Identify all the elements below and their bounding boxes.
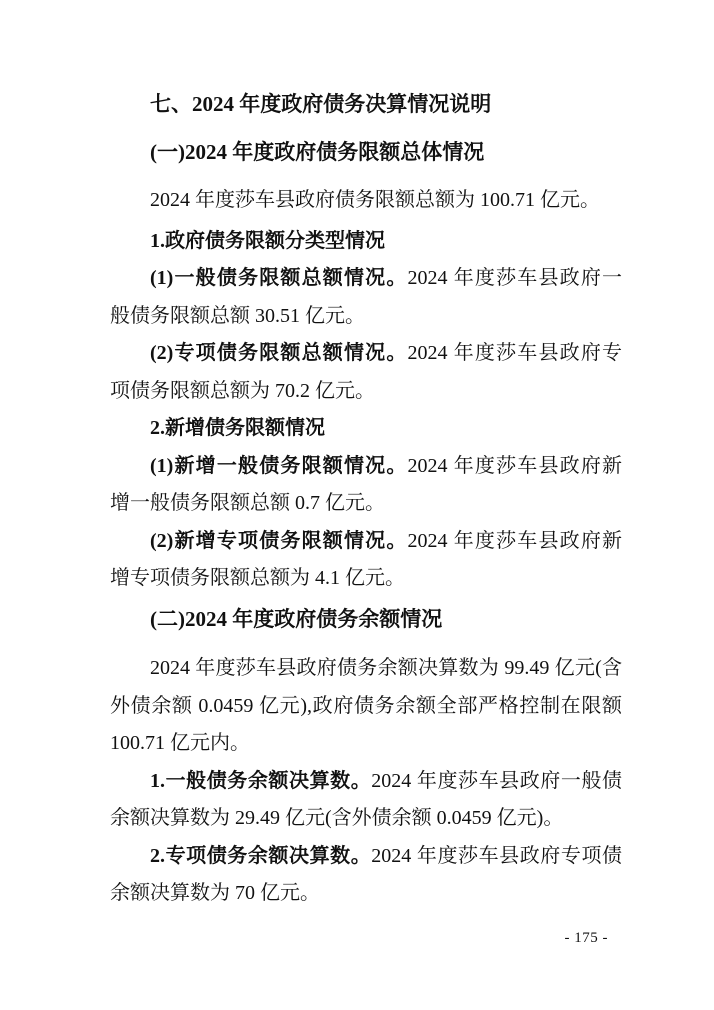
- text-segment: 2024 年度莎车县政府新: [408, 455, 622, 477]
- para-general-balance-line-1: 1.一般债务余额决算数。2024 年度莎车县政府一般债务: [110, 763, 622, 801]
- para-general-balance-line-2: 余额决算数为 29.49 亿元(含外债余额 0.0459 亿元)。: [110, 800, 622, 838]
- para-total-limit-line: 2024 年度莎车县政府债务限额总额为 100.71 亿元。: [110, 182, 622, 220]
- para-special-balance-line-1: 2.专项债务余额决算数。2024 年度莎车县政府专项债务: [110, 838, 622, 876]
- text-segment: 般债务限额总额 30.51 亿元。: [110, 305, 365, 327]
- para-balance-line-1: 2024 年度莎车县政府债务余额决算数为 99.49 亿元(含: [110, 650, 622, 688]
- para-general-limit-line-2: 般债务限额总额 30.51 亿元。: [110, 298, 622, 336]
- text-segment: 增专项债务限额总额为 4.1 亿元。: [110, 567, 405, 589]
- bold-text-segment: (2)专项债务限额总额情况。: [150, 342, 408, 364]
- text-segment: 余额决算数为 70 亿元。: [110, 882, 320, 904]
- bold-text-segment: 七、2024 年度政府债务决算情况说明: [150, 92, 491, 116]
- para-balance-line-3: 100.71 亿元内。: [110, 725, 622, 763]
- bold-text-segment: 2.专项债务余额决算数。: [150, 845, 371, 867]
- bold-text-segment: (1)新增一般债务限额情况。: [150, 455, 408, 477]
- para-new-special-limit-line-1: (2)新增专项债务限额情况。2024 年度莎车县政府新: [110, 523, 622, 561]
- para-new-special-limit-line-2: 增专项债务限额总额为 4.1 亿元。: [110, 560, 622, 598]
- bold-text-segment: (二)2024 年度政府债务余额情况: [150, 607, 442, 631]
- heading-sub-1: (一)2024 年度政府债务限额总体情况: [110, 134, 622, 172]
- heading-section-7: 七、2024 年度政府债务决算情况说明: [110, 86, 622, 124]
- text-segment: 增一般债务限额总额 0.7 亿元。: [110, 492, 385, 514]
- para-new-general-limit-line-1: (1)新增一般债务限额情况。2024 年度莎车县政府新: [110, 448, 622, 486]
- heading-sub-2: (二)2024 年度政府债务余额情况: [110, 601, 622, 639]
- heading-new-limit: 2.新增债务限额情况: [110, 410, 622, 448]
- text-segment: 余额决算数为 29.49 亿元(含外债余额 0.0459 亿元)。: [110, 807, 563, 829]
- bold-text-segment: 1.政府债务限额分类型情况: [150, 230, 385, 252]
- bold-text-segment: 2.新增债务限额情况: [150, 417, 325, 439]
- bold-text-segment: (2)新增专项债务限额情况。: [150, 530, 408, 552]
- para-balance-line-2: 外债余额 0.0459 亿元),政府债务余额全部严格控制在限额: [110, 688, 622, 726]
- text-segment: 2024 年度莎车县政府债务限额总额为 100.71 亿元。: [150, 189, 600, 211]
- text-segment: 2024 年度莎车县政府新: [408, 530, 622, 552]
- document-page: 七、2024 年度政府债务决算情况说明(一)2024 年度政府债务限额总体情况2…: [0, 0, 714, 1010]
- text-segment: 项债务限额总额为 70.2 亿元。: [110, 380, 375, 402]
- text-segment: 2024 年度莎车县政府专: [408, 342, 622, 364]
- para-new-general-limit-line-2: 增一般债务限额总额 0.7 亿元。: [110, 485, 622, 523]
- para-special-limit-line-1: (2)专项债务限额总额情况。2024 年度莎车县政府专: [110, 335, 622, 373]
- document-body: 七、2024 年度政府债务决算情况说明(一)2024 年度政府债务限额总体情况2…: [110, 86, 622, 913]
- bold-text-segment: 1.一般债务余额决算数。: [150, 770, 371, 792]
- text-segment: 2024 年度莎车县政府一: [408, 267, 622, 289]
- bold-text-segment: (1)一般债务限额总额情况。: [150, 267, 408, 289]
- bold-text-segment: (一)2024 年度政府债务限额总体情况: [150, 140, 484, 164]
- text-segment: 外债余额 0.0459 亿元),政府债务余额全部严格控制在限额: [110, 695, 622, 717]
- page-number: - 175 -: [565, 928, 609, 948]
- text-segment: 2024 年度莎车县政府债务余额决算数为 99.49 亿元(含: [150, 657, 622, 679]
- para-general-limit-line-1: (1)一般债务限额总额情况。2024 年度莎车县政府一: [110, 260, 622, 298]
- text-segment: 100.71 亿元内。: [110, 732, 250, 754]
- para-special-balance-line-2: 余额决算数为 70 亿元。: [110, 875, 622, 913]
- para-special-limit-line-2: 项债务限额总额为 70.2 亿元。: [110, 373, 622, 411]
- heading-limit-by-type: 1.政府债务限额分类型情况: [110, 223, 622, 261]
